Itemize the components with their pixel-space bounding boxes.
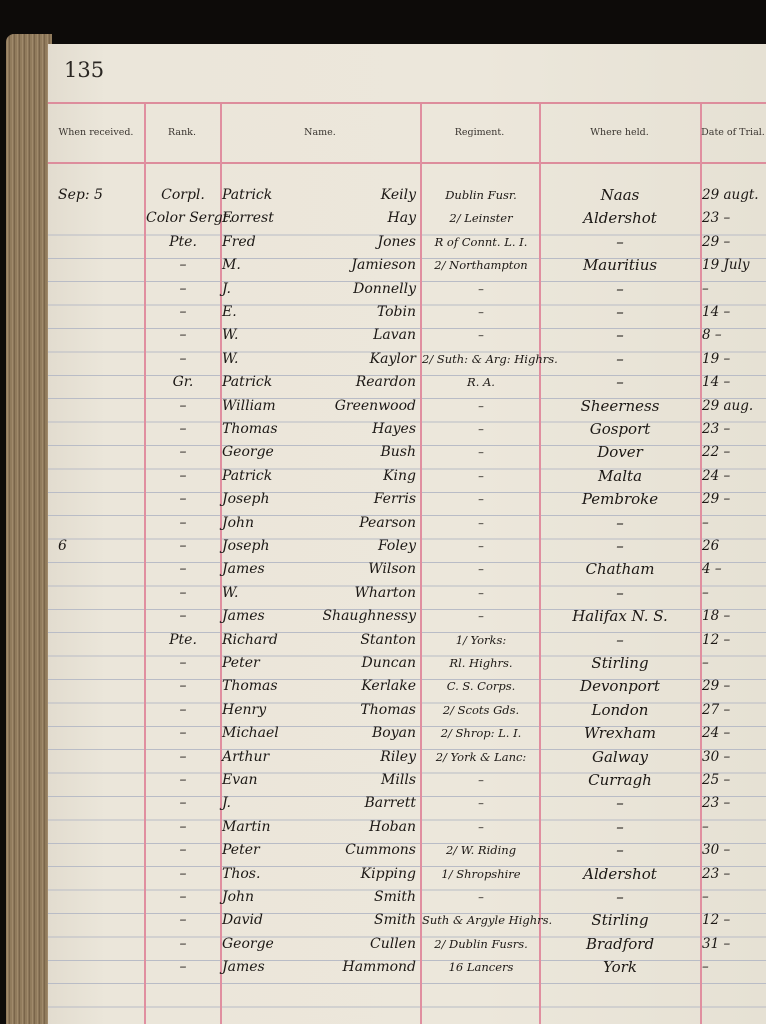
surname-cell: Boyan: [308, 722, 416, 745]
table-row: –HenryThomas2/ Scots Gds.London27 –: [48, 699, 766, 722]
table-row: Pte.FredJonesR of Connt. L. I.–29 –: [48, 231, 766, 254]
surname-cell: Barrett: [308, 792, 416, 815]
surname-cell: Ferris: [308, 488, 416, 511]
where-held-cell: Pembroke: [541, 488, 699, 511]
regiment-cell: –: [422, 769, 540, 792]
regiment-cell: 2/ Dublin Fusrs.: [422, 933, 540, 956]
surname-cell: Wilson: [308, 558, 416, 581]
date-of-trial-cell: –: [702, 816, 766, 839]
date-of-trial-cell: 26: [702, 535, 766, 558]
date-of-trial-cell: 29 –: [702, 231, 766, 254]
table-row: –MichaelBoyan2/ Shrop: L. I.Wrexham24 –: [48, 722, 766, 745]
ledger-page: 135 When received. Rank. Name. Regiment.…: [48, 44, 766, 1024]
surname-cell: Greenwood: [308, 395, 416, 418]
surname-cell: Keily: [308, 184, 416, 207]
rank-cell: –: [146, 699, 220, 722]
regiment-cell: R of Connt. L. I.: [422, 231, 540, 254]
book-page-edges: [6, 34, 52, 1024]
date-of-trial-cell: 29 augt.: [702, 184, 766, 207]
table-row: –W.Kaylor2/ Suth: & Arg: Highrs.–19 –: [48, 348, 766, 371]
surname-cell: Jamieson: [308, 254, 416, 277]
regiment-cell: –: [422, 886, 540, 909]
regiment-cell: –: [422, 465, 540, 488]
where-held-cell: –: [541, 348, 699, 371]
rank-cell: –: [146, 465, 220, 488]
date-of-trial-cell: 25 –: [702, 769, 766, 792]
date-of-trial-cell: –: [702, 582, 766, 605]
rank-cell: –: [146, 909, 220, 932]
table-row: Color Sergt.ForrestHay2/ LeinsterAldersh…: [48, 207, 766, 230]
date-of-trial-cell: 23 –: [702, 418, 766, 441]
where-held-cell: –: [541, 301, 699, 324]
surname-cell: Cullen: [308, 933, 416, 956]
rank-cell: –: [146, 348, 220, 371]
date-of-trial-cell: 31 –: [702, 933, 766, 956]
table-row: 6–JosephFoley––26: [48, 535, 766, 558]
where-held-cell: Devonport: [541, 675, 699, 698]
date-of-trial-cell: –: [702, 886, 766, 909]
surname-cell: Wharton: [308, 582, 416, 605]
regiment-cell: –: [422, 395, 540, 418]
regiment-cell: –: [422, 558, 540, 581]
table-row: –JamesShaughnessy–Halifax N. S.18 –: [48, 605, 766, 628]
rank-cell: Corpl.: [146, 184, 220, 207]
when-received-cell: 6: [58, 535, 144, 558]
table-row: –M.Jamieson2/ NorthamptonMauritius19 Jul…: [48, 254, 766, 277]
regiment-cell: 2/ W. Riding: [422, 839, 540, 862]
date-of-trial-cell: 23 –: [702, 792, 766, 815]
rank-cell: –: [146, 324, 220, 347]
surname-cell: Pearson: [308, 512, 416, 535]
surname-cell: Duncan: [308, 652, 416, 675]
rank-cell: –: [146, 746, 220, 769]
where-held-cell: –: [541, 839, 699, 862]
date-of-trial-cell: 29 –: [702, 488, 766, 511]
regiment-cell: –: [422, 792, 540, 815]
date-of-trial-cell: 23 –: [702, 863, 766, 886]
surname-cell: Tobin: [308, 301, 416, 324]
table-row: –WilliamGreenwood–Sheerness29 aug.: [48, 395, 766, 418]
table-row: –J.Barrett––23 –: [48, 792, 766, 815]
where-held-cell: Gosport: [541, 418, 699, 441]
surname-cell: Cummons: [308, 839, 416, 862]
table-row: –GeorgeBush–Dover22 –: [48, 441, 766, 464]
rank-cell: Gr.: [146, 371, 220, 394]
table-row: Pte.RichardStanton1/ Yorks:–12 –: [48, 629, 766, 652]
surname-cell: Smith: [308, 909, 416, 932]
when-received-cell: Sep: 5: [58, 184, 144, 207]
table-row: –PeterCummons2/ W. Riding–30 –: [48, 839, 766, 862]
where-held-cell: –: [541, 231, 699, 254]
column-header-name: Name.: [220, 104, 420, 162]
table-row: –DavidSmithSuth & Argyle Highrs.Stirling…: [48, 909, 766, 932]
table-row: –JamesWilson–Chatham4 –: [48, 558, 766, 581]
surname-cell: Shaughnessy: [308, 605, 416, 628]
surname-cell: Lavan: [308, 324, 416, 347]
surname-cell: Bush: [308, 441, 416, 464]
table-row: –PeterDuncanRl. Highrs.Stirling–: [48, 652, 766, 675]
surname-cell: King: [308, 465, 416, 488]
where-held-cell: Stirling: [541, 909, 699, 932]
where-held-cell: York: [541, 956, 699, 979]
where-held-cell: –: [541, 278, 699, 301]
rank-cell: –: [146, 301, 220, 324]
rank-cell: –: [146, 254, 220, 277]
date-of-trial-cell: 19 –: [702, 348, 766, 371]
date-of-trial-cell: 24 –: [702, 722, 766, 745]
date-of-trial-cell: 30 –: [702, 839, 766, 862]
rank-cell: –: [146, 395, 220, 418]
table-row: –ThomasKerlakeC. S. Corps.Devonport29 –: [48, 675, 766, 698]
regiment-cell: –: [422, 816, 540, 839]
rank-cell: –: [146, 488, 220, 511]
surname-cell: Mills: [308, 769, 416, 792]
table-row: –J.Donnelly–––: [48, 278, 766, 301]
date-of-trial-cell: –: [702, 512, 766, 535]
regiment-cell: –: [422, 582, 540, 605]
regiment-cell: 1/ Yorks:: [422, 629, 540, 652]
where-held-cell: Chatham: [541, 558, 699, 581]
rank-cell: Pte.: [146, 629, 220, 652]
date-of-trial-cell: –: [702, 652, 766, 675]
rank-cell: –: [146, 278, 220, 301]
surname-cell: Hayes: [308, 418, 416, 441]
rank-cell: Pte.: [146, 231, 220, 254]
regiment-cell: –: [422, 301, 540, 324]
regiment-cell: –: [422, 441, 540, 464]
where-held-cell: –: [541, 371, 699, 394]
surname-cell: Hammond: [308, 956, 416, 979]
table-row: –GeorgeCullen2/ Dublin Fusrs.Bradford31 …: [48, 933, 766, 956]
table-row: Sep: 5Corpl.PatrickKeilyDublin Fusr.Naas…: [48, 184, 766, 207]
table-row: –PatrickKing–Malta24 –: [48, 465, 766, 488]
date-of-trial-cell: 22 –: [702, 441, 766, 464]
rank-cell: –: [146, 816, 220, 839]
regiment-cell: –: [422, 278, 540, 301]
regiment-cell: –: [422, 605, 540, 628]
where-held-cell: Aldershot: [541, 207, 699, 230]
date-of-trial-cell: –: [702, 956, 766, 979]
where-held-cell: Bradford: [541, 933, 699, 956]
rank-cell: –: [146, 933, 220, 956]
rank-cell: –: [146, 886, 220, 909]
rank-cell: –: [146, 956, 220, 979]
regiment-cell: R. A.: [422, 371, 540, 394]
date-of-trial-cell: 12 –: [702, 629, 766, 652]
rank-cell: –: [146, 512, 220, 535]
surname-cell: Donnelly: [308, 278, 416, 301]
where-held-cell: –: [541, 816, 699, 839]
where-held-cell: –: [541, 582, 699, 605]
table-row: –W.Wharton–––: [48, 582, 766, 605]
date-of-trial-cell: 29 aug.: [702, 395, 766, 418]
date-of-trial-cell: 18 –: [702, 605, 766, 628]
table-row: –EvanMills–Curragh25 –: [48, 769, 766, 792]
surname-cell: Reardon: [308, 371, 416, 394]
rank-cell: –: [146, 535, 220, 558]
surname-cell: Hay: [308, 207, 416, 230]
regiment-cell: 2/ Northampton: [422, 254, 540, 277]
table-row: –JohnSmith–––: [48, 886, 766, 909]
regiment-cell: 2/ Scots Gds.: [422, 699, 540, 722]
regiment-cell: –: [422, 535, 540, 558]
date-of-trial-cell: 27 –: [702, 699, 766, 722]
table-row: –ArthurRiley2/ York & Lanc:Galway30 –: [48, 746, 766, 769]
column-header-date-of-trial: Date of Trial.: [700, 104, 766, 162]
regiment-cell: 2/ Shrop: L. I.: [422, 722, 540, 745]
rank-cell: –: [146, 441, 220, 464]
rank-cell: –: [146, 792, 220, 815]
date-of-trial-cell: 8 –: [702, 324, 766, 347]
surname-cell: Hoban: [308, 816, 416, 839]
date-of-trial-cell: 12 –: [702, 909, 766, 932]
where-held-cell: –: [541, 512, 699, 535]
date-of-trial-cell: –: [702, 278, 766, 301]
date-of-trial-cell: 30 –: [702, 746, 766, 769]
where-held-cell: Galway: [541, 746, 699, 769]
where-held-cell: Naas: [541, 184, 699, 207]
where-held-cell: London: [541, 699, 699, 722]
table-row: –Thos.Kipping1/ ShropshireAldershot23 –: [48, 863, 766, 886]
regiment-cell: Rl. Highrs.: [422, 652, 540, 675]
table-row: –JohnPearson–––: [48, 512, 766, 535]
rank-cell: –: [146, 863, 220, 886]
regiment-cell: 2/ Suth: & Arg: Highrs.: [422, 348, 540, 371]
surname-cell: Foley: [308, 535, 416, 558]
where-held-cell: Malta: [541, 465, 699, 488]
date-of-trial-cell: 14 –: [702, 301, 766, 324]
regiment-cell: C. S. Corps.: [422, 675, 540, 698]
date-of-trial-cell: 19 July: [702, 254, 766, 277]
where-held-cell: Sheerness: [541, 395, 699, 418]
regiment-cell: 1/ Shropshire: [422, 863, 540, 886]
where-held-cell: –: [541, 324, 699, 347]
surname-cell: Thomas: [308, 699, 416, 722]
where-held-cell: –: [541, 535, 699, 558]
date-of-trial-cell: 29 –: [702, 675, 766, 698]
rank-cell: –: [146, 652, 220, 675]
surname-cell: Kipping: [308, 863, 416, 886]
rank-cell: –: [146, 839, 220, 862]
date-of-trial-cell: 4 –: [702, 558, 766, 581]
table-row: –JamesHammond16 LancersYork–: [48, 956, 766, 979]
surname-cell: Kerlake: [308, 675, 416, 698]
where-held-cell: –: [541, 629, 699, 652]
surname-cell: Kaylor: [308, 348, 416, 371]
surname-cell: Riley: [308, 746, 416, 769]
rank-cell: –: [146, 769, 220, 792]
regiment-cell: Suth & Argyle Highrs.: [422, 909, 540, 932]
rank-cell: Color Sergt.: [146, 207, 220, 230]
table-row: –ThomasHayes–Gosport23 –: [48, 418, 766, 441]
regiment-cell: –: [422, 488, 540, 511]
date-of-trial-cell: 23 –: [702, 207, 766, 230]
column-header-where-held: Where held.: [539, 104, 700, 162]
where-held-cell: Curragh: [541, 769, 699, 792]
regiment-cell: Dublin Fusr.: [422, 184, 540, 207]
rank-cell: –: [146, 558, 220, 581]
rank-cell: –: [146, 418, 220, 441]
where-held-cell: Dover: [541, 441, 699, 464]
surname-cell: Smith: [308, 886, 416, 909]
regiment-cell: 16 Lancers: [422, 956, 540, 979]
where-held-cell: Wrexham: [541, 722, 699, 745]
where-held-cell: –: [541, 792, 699, 815]
where-held-cell: Mauritius: [541, 254, 699, 277]
column-header-when-received: When received.: [48, 104, 144, 162]
table-row: –MartinHoban–––: [48, 816, 766, 839]
column-header-regiment: Regiment.: [420, 104, 539, 162]
regiment-cell: –: [422, 512, 540, 535]
date-of-trial-cell: 14 –: [702, 371, 766, 394]
rank-cell: –: [146, 582, 220, 605]
regiment-cell: 2/ Leinster: [422, 207, 540, 230]
rank-cell: –: [146, 605, 220, 628]
rank-cell: –: [146, 675, 220, 698]
table-row: –W.Lavan––8 –: [48, 324, 766, 347]
where-held-cell: Halifax N. S.: [541, 605, 699, 628]
regiment-cell: 2/ York & Lanc:: [422, 746, 540, 769]
where-held-cell: –: [541, 886, 699, 909]
table-row: –E.Tobin––14 –: [48, 301, 766, 324]
surname-cell: Stanton: [308, 629, 416, 652]
surname-cell: Jones: [308, 231, 416, 254]
table-row: Gr.PatrickReardonR. A.–14 –: [48, 371, 766, 394]
date-of-trial-cell: 24 –: [702, 465, 766, 488]
table-row: –JosephFerris–Pembroke29 –: [48, 488, 766, 511]
header-bottom-rule: [48, 162, 766, 164]
where-held-cell: Aldershot: [541, 863, 699, 886]
regiment-cell: –: [422, 418, 540, 441]
rank-cell: –: [146, 722, 220, 745]
where-held-cell: Stirling: [541, 652, 699, 675]
column-header-rank: Rank.: [144, 104, 220, 162]
page-number: 135: [64, 58, 104, 82]
regiment-cell: –: [422, 324, 540, 347]
